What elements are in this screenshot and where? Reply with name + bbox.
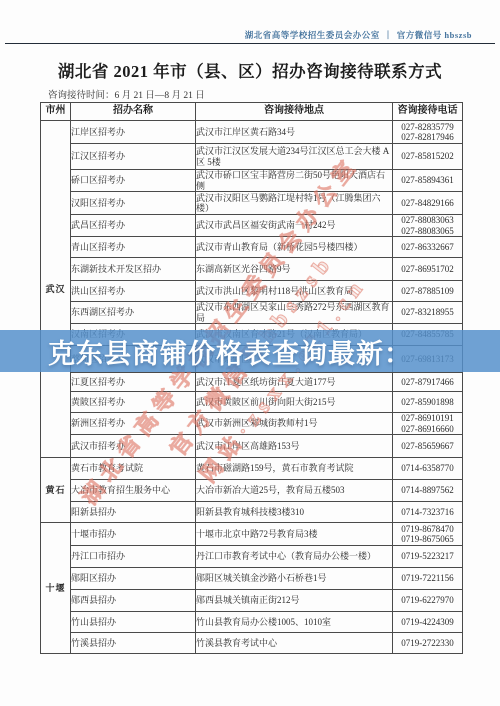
office-name-cell: 江夏区招考办 [71,373,196,392]
phone-number: 027-87885109 [393,286,462,297]
office-address-cell: 武汉市硚口区宝丰路营房二街50号艳阳天酒店右侧 [196,170,393,192]
city-cell: 十堰 [41,523,71,654]
table-row: 江汉区招考办武汉市江汉区发展大道234号江汉区总工会大楼 A 区 5楼027-8… [41,144,463,170]
table-row: 阳新县招办阳新县教育城科技楼3楼3100714-7323716 [41,502,463,523]
office-address-cell: 武汉市青山教育局（新桥花园5号楼四楼） [196,237,393,258]
offices-table-wrap: 市州招办名称咨询接待地点咨询接待电话 武汉江岸区招考办武汉市江岸区黄石路34号0… [40,102,463,654]
phone-number: 027-82817946 [393,132,462,143]
office-name-cell: 十堰市招办 [71,523,196,546]
phone-number: 027-86332667 [393,242,462,253]
office-name-cell: 武汉市招考办 [71,435,196,458]
phone-number: 0714-7323716 [393,507,462,518]
office-name-cell: 汉阳区招考办 [71,192,196,215]
phone-number: 027-82835779 [393,122,462,133]
phone-number: 027-85901898 [393,397,462,408]
office-phone-cell: 0719-5223217 [393,546,463,568]
office-phone-cell: 0714-8897562 [393,480,463,502]
office-address-cell: 武汉市洪山区黎明村118号洪山区教育局 [196,281,393,302]
office-address-cell: 郧阳区城关镇金沙路小石桥巷1号 [196,568,393,590]
office-phone-cell: 0719-7221156 [393,568,463,590]
document-page: 湖北省高等学校招生委员会办公室｜官方微信号 hbszsb 湖北省 2021 年市… [0,0,500,706]
office-address-cell: 东湖高新区光谷四路9号 [196,258,393,281]
office-phone-cell: 027-82835779027-82817946 [393,121,463,144]
offices-table: 市州招办名称咨询接待地点咨询接待电话 武汉江岸区招考办武汉市江岸区黄石路34号0… [40,102,463,654]
office-name-cell: 大冶市教育招生服务中心 [71,480,196,502]
office-address-cell: 黄石市磁湖路159号，黄石市教育考试院 [196,458,393,480]
phone-number: 027-88083065 [393,226,462,237]
page-title: 湖北省 2021 年市（县、区）招办咨询接待联系方式 [0,58,500,82]
city-cell: 武汉 [41,121,71,458]
masthead-rule [5,43,495,44]
table-header-row: 市州招办名称咨询接待地点咨询接待电话 [41,103,463,121]
phone-number: 0719-8678470 [393,524,462,535]
office-phone-cell: 027-86332667 [393,237,463,258]
office-phone-cell: 027-85894361 [393,170,463,192]
office-phone-cell: 0714-6358770 [393,458,463,480]
office-address-cell: 武汉市东西湖区吴家山三秀路272号东西湖区教育局 [196,302,393,324]
office-phone-cell: 027-84829166 [393,192,463,215]
phone-number: 027-86951702 [393,264,462,275]
phone-number: 027-85659667 [393,441,462,452]
overlay-caption-text: 克东县商铺价格表查询最新： [0,332,412,371]
phone-number: 0719-4224309 [393,617,462,628]
table-row: 洪山区招考办武汉市洪山区黎明村118号洪山区教育局027-87885109 [41,281,463,302]
table-row: 黄石黄石市教育考试院黄石市磁湖路159号，黄石市教育考试院0714-635877… [41,458,463,480]
office-address-cell: 武汉市江夏区纸坊街江夏大道177号 [196,373,393,392]
table-row: 竹溪县招办竹溪县教育考试中心0719-2722330 [41,633,463,654]
phone-number: 027-85815202 [393,151,462,162]
office-phone-cell: 027-88083063027-88083065 [393,215,463,237]
office-name-cell: 黄陂区招考办 [71,392,196,413]
office-name-cell: 丹江口市招办 [71,546,196,568]
page-subtitle: 咨询接待时间：6 月 21 日—8 月 21 日 [48,87,205,101]
table-row: 黄陂区招考办武汉市黄陂区前川街向阳大街215号027-85901898 [41,392,463,413]
office-name-cell: 阳新县招办 [71,502,196,523]
overlay-caption-banner: 克东县商铺价格表查询最新： [0,330,500,372]
column-header: 市州 [41,103,71,121]
phone-number: 027-86910191 [393,413,462,424]
phone-number: 0714-6358770 [393,463,462,474]
table-row: 武汉江岸区招考办武汉市江岸区黄石路34号027-82835779027-8281… [41,121,463,144]
office-address-cell: 竹山县教育局办公楼1005、1010室 [196,612,393,633]
office-address-cell: 武汉市江岸区高雄路153号 [196,435,393,458]
phone-number: 0719-7221156 [393,573,462,584]
table-row: 大冶市教育招生服务中心大冶市新冶大道25号，教育局五楼5030714-88975… [41,480,463,502]
table-row: 十堰十堰市招办十堰市北京中路72号教育局3楼0719-86784700719-8… [41,523,463,546]
table-row: 新洲区招考办武汉市新洲区邾城街教师村1号027-86910191027-8691… [41,413,463,435]
table-row: 青山区招考办武汉市青山教育局（新桥花园5号楼四楼）027-86332667 [41,237,463,258]
office-name-cell: 黄石市教育考试院 [71,458,196,480]
office-name-cell: 武昌区招考办 [71,215,196,237]
office-phone-cell: 027-83218955 [393,302,463,324]
office-name-cell: 新洲区招考办 [71,413,196,435]
phone-number: 0719-2722330 [393,638,462,649]
office-name-cell: 江汉区招考办 [71,144,196,170]
table-row: 汉阳区招考办武汉市汉阳区马鹦路江堤村特1号（江腾集团六楼）027-8482916… [41,192,463,215]
office-name-cell: 青山区招考办 [71,237,196,258]
column-header: 咨询接待电话 [393,103,463,121]
table-row: 东西湖区招考办武汉市东西湖区吴家山三秀路272号东西湖区教育局027-83218… [41,302,463,324]
city-cell: 黄石 [41,458,71,523]
phone-number: 027-84829166 [393,198,462,209]
column-header: 咨询接待地点 [196,103,393,121]
office-phone-cell: 0719-2722330 [393,633,463,654]
office-phone-cell: 0719-6227970 [393,590,463,612]
phone-number: 0719-5223217 [393,551,462,562]
office-name-cell: 竹山县招办 [71,612,196,633]
office-phone-cell: 027-86951702 [393,258,463,281]
office-phone-cell: 027-87917466 [393,373,463,392]
office-address-cell: 十堰市北京中路72号教育局3楼 [196,523,393,546]
office-phone-cell: 0714-7323716 [393,502,463,523]
table-row: 竹山县招办竹山县教育局办公楼1005、1010室0719-4224309 [41,612,463,633]
office-phone-cell: 027-85659667 [393,435,463,458]
phone-number: 027-85894361 [393,175,462,186]
phone-number: 0719-8675065 [393,534,462,545]
table-row: 郧阳区招办郧阳区城关镇金沙路小石桥巷1号0719-7221156 [41,568,463,590]
office-phone-cell: 027-85901898 [393,392,463,413]
office-address-cell: 郧西县城关镇南正街212号 [196,590,393,612]
office-address-cell: 武汉市江汉区发展大道234号江汉区总工会大楼 A 区 5楼 [196,144,393,170]
table-row: 硚口区招考办武汉市硚口区宝丰路营房二街50号艳阳天酒店右侧027-8589436… [41,170,463,192]
phone-number: 0719-6227970 [393,595,462,606]
table-row: 丹江口市招办丹江口市教育考试中心（教育局办公楼一楼）0719-5223217 [41,546,463,568]
office-address-cell: 竹溪县教育考试中心 [196,633,393,654]
table-row: 郧西县招办郧西县城关镇南正街212号0719-6227970 [41,590,463,612]
table-row: 武昌区招考办武汉市武昌区福安街武南一村242号027-88083063027-8… [41,215,463,237]
phone-number: 027-83218955 [393,307,462,318]
masthead-separator: ｜ [384,30,393,40]
masthead: 湖北省高等学校招生委员会办公室｜官方微信号 hbszsb [245,29,472,41]
office-name-cell: 江岸区招考办 [71,121,196,144]
office-address-cell: 武汉市新洲区邾城街教师村1号 [196,413,393,435]
office-address-cell: 武汉市黄陂区前川街向阳大街215号 [196,392,393,413]
office-address-cell: 武汉市武昌区福安街武南一村242号 [196,215,393,237]
office-name-cell: 郧西县招办 [71,590,196,612]
table-row: 江夏区招考办武汉市江夏区纸坊街江夏大道177号027-87917466 [41,373,463,392]
phone-number: 027-86916660 [393,424,462,435]
phone-number: 027-87917466 [393,377,462,388]
office-name-cell: 东湖新技术开发区招办 [71,258,196,281]
table-row: 东湖新技术开发区招办东湖高新区光谷四路9号027-86951702 [41,258,463,281]
office-name-cell: 郧阳区招办 [71,568,196,590]
office-phone-cell: 027-86910191027-86916660 [393,413,463,435]
office-name-cell: 洪山区招考办 [71,281,196,302]
phone-number: 0714-8897562 [393,485,462,496]
office-address-cell: 阳新县教育城科技楼3楼310 [196,502,393,523]
column-header: 招办名称 [71,103,196,121]
office-address-cell: 武汉市江岸区黄石路34号 [196,121,393,144]
office-phone-cell: 0719-4224309 [393,612,463,633]
office-name-cell: 东西湖区招考办 [71,302,196,324]
office-name-cell: 硚口区招考办 [71,170,196,192]
office-address-cell: 丹江口市教育考试中心（教育局办公楼一楼） [196,546,393,568]
office-name-cell: 竹溪县招办 [71,633,196,654]
phone-number: 027-88083063 [393,215,462,226]
office-phone-cell: 027-87885109 [393,281,463,302]
office-address-cell: 武汉市汉阳区马鹦路江堤村特1号（江腾集团六楼） [196,192,393,215]
office-address-cell: 大冶市新冶大道25号，教育局五楼503 [196,480,393,502]
masthead-org: 湖北省高等学校招生委员会办公室 [245,30,380,40]
table-row: 武汉市招考办武汉市江岸区高雄路153号027-85659667 [41,435,463,458]
office-phone-cell: 0719-86784700719-8675065 [393,523,463,546]
office-phone-cell: 027-85815202 [393,144,463,170]
masthead-wechat: 官方微信号 hbszsb [397,30,472,40]
